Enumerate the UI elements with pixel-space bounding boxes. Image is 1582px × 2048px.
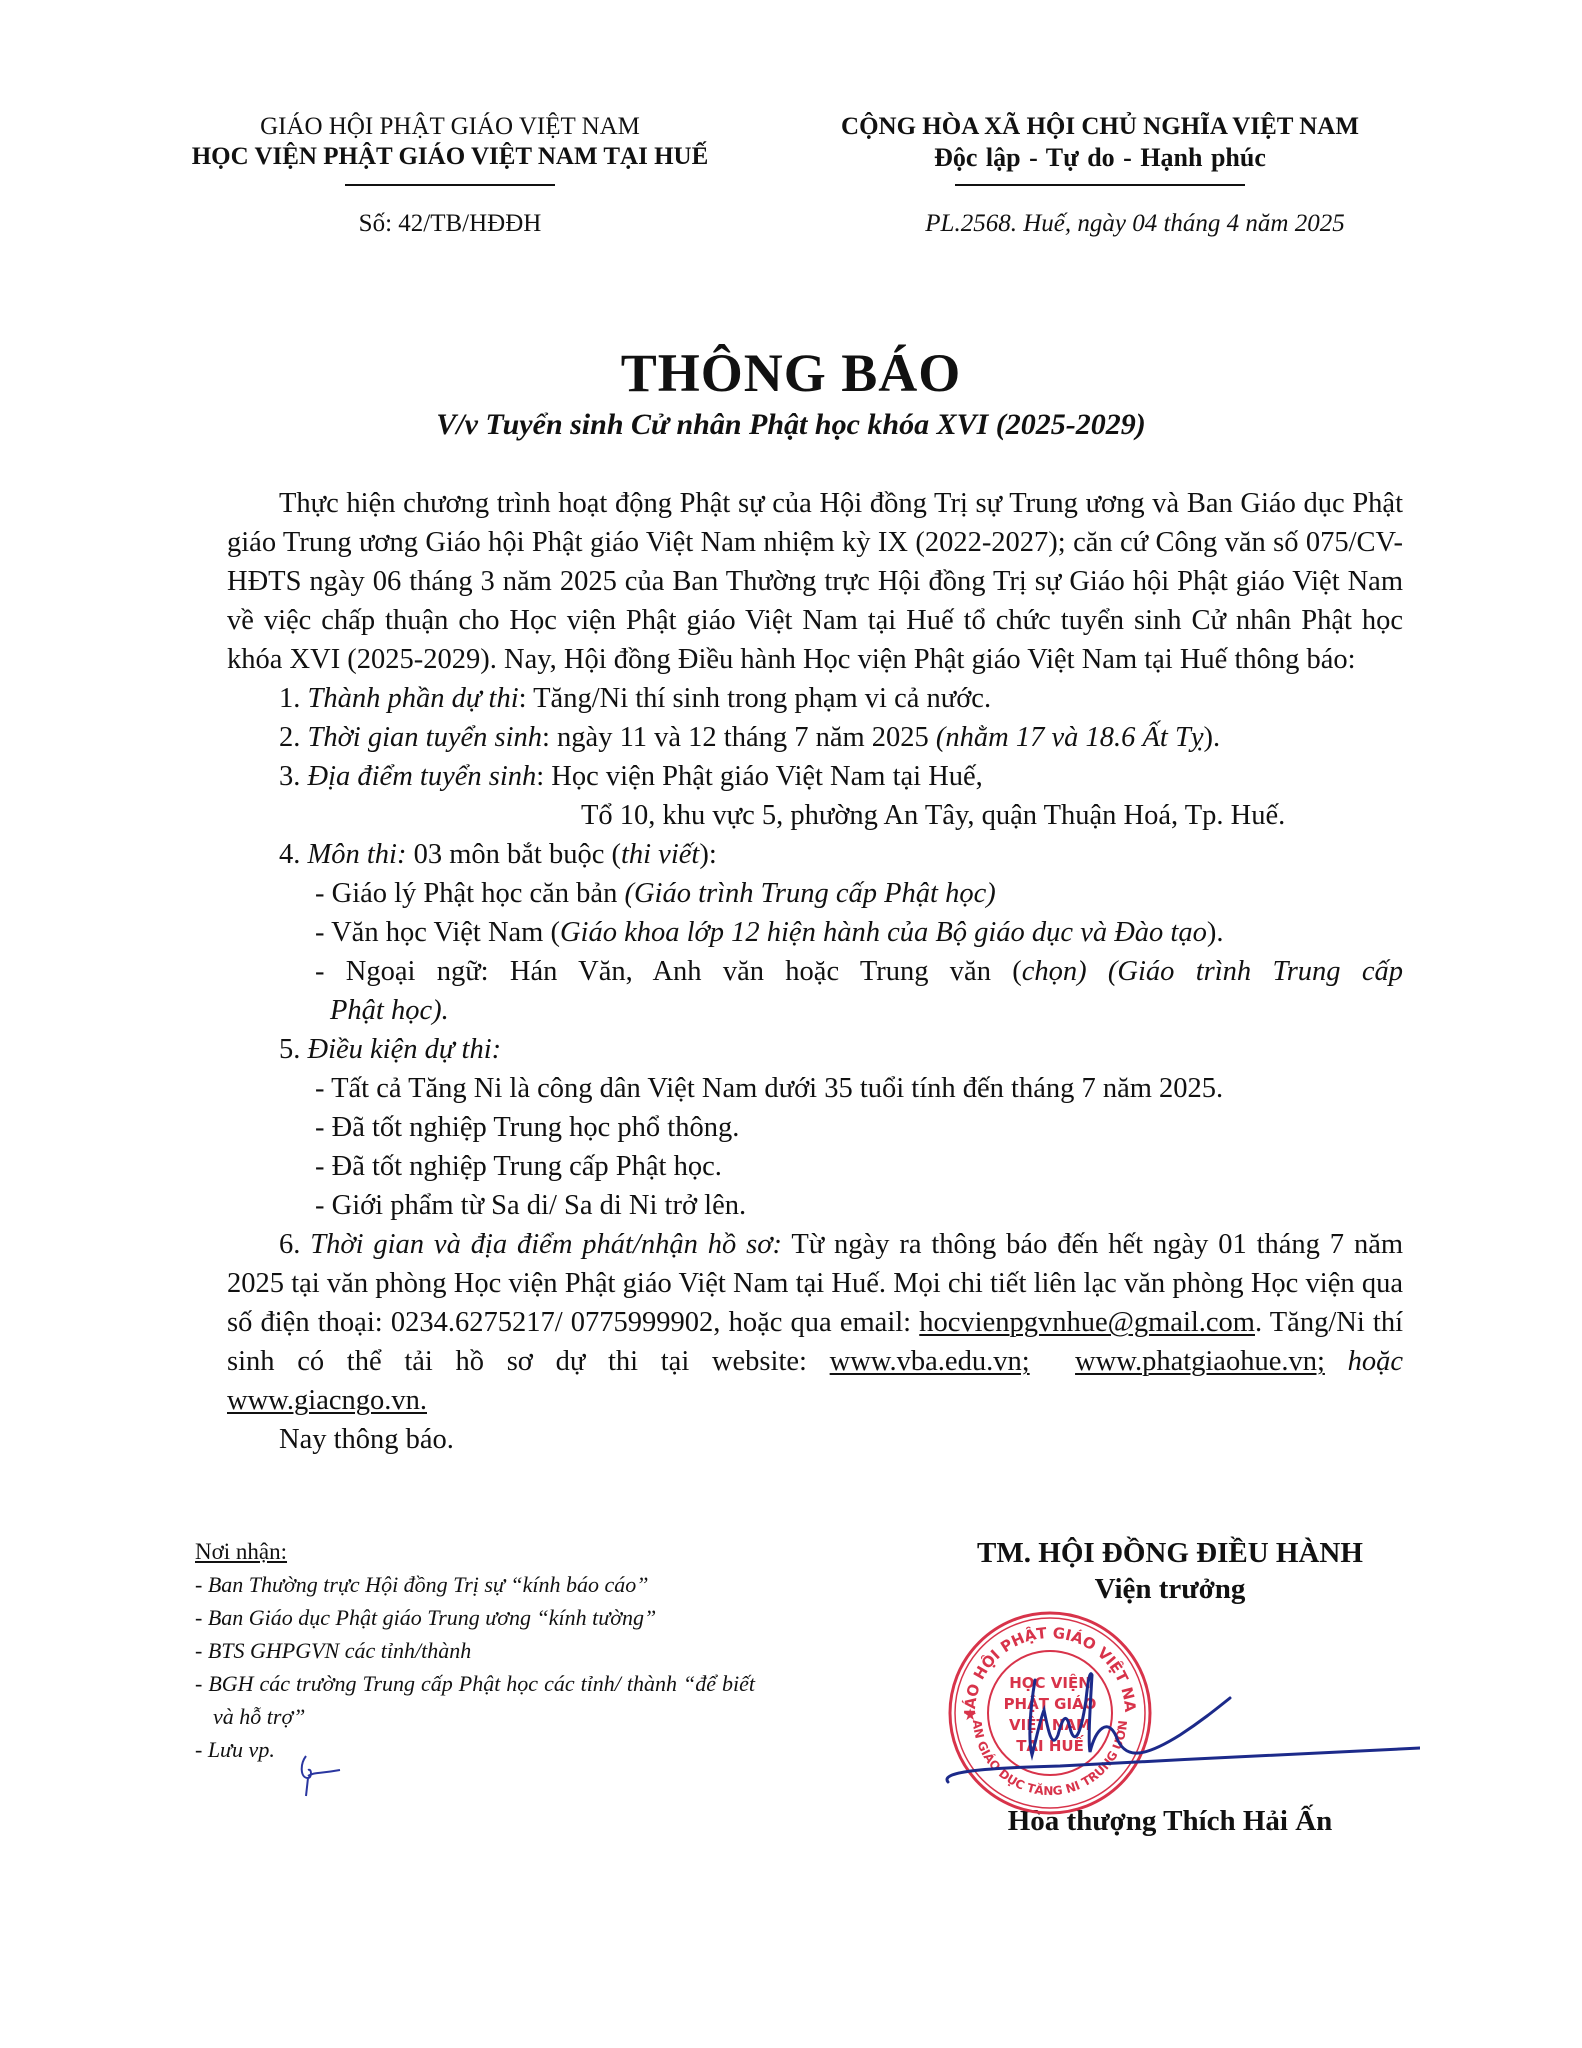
recipient-item: - BTS GHPGVN các tỉnh/thành xyxy=(195,1634,755,1667)
website-link-giacngo[interactable]: www.giacngo.vn. xyxy=(227,1385,427,1416)
item-label: Địa điểm tuyển sinh xyxy=(308,761,537,792)
recipients-heading: Nơi nhận: xyxy=(195,1535,755,1568)
subject-name: - Văn học Việt Nam ( xyxy=(315,917,560,948)
exam-format-note: thi viết xyxy=(621,839,699,870)
item-label: Thành phần dự thi xyxy=(308,683,519,714)
recipient-item: - Lưu vp. xyxy=(195,1733,755,1766)
document-title: THÔNG BÁO xyxy=(0,342,1582,404)
punctuation: ): xyxy=(699,839,716,870)
document-subtitle: V/v Tuyển sinh Cử nhân Phật học khóa XVI… xyxy=(0,408,1582,442)
divider xyxy=(955,184,1245,186)
national-header: CỘNG HÒA XÃ HỘI CHỦ NGHĨA VIỆT NAM Độc l… xyxy=(790,112,1410,238)
subject-name: - Ngoại ngữ: Hán Văn, Anh văn hoặc Trung… xyxy=(315,956,1022,987)
item-number: 2. xyxy=(279,722,308,753)
item-6: 6. Thời gian và địa điểm phát/nhận hồ sơ… xyxy=(227,1225,1403,1420)
subject-item: - Ngoại ngữ: Hán Văn, Anh văn hoặc Trung… xyxy=(227,952,1403,991)
divider xyxy=(345,184,555,186)
signer-on-behalf: TM. HỘI ĐỒNG ĐIỀU HÀNH xyxy=(930,1535,1410,1571)
place-date: PL.2568. Huế, ngày 04 tháng 4 năm 2025 xyxy=(790,210,1410,238)
website-link-vba[interactable]: www.vba.edu.vn; xyxy=(830,1346,1030,1377)
parent-organization: GIÁO HỘI PHẬT GIÁO VIỆT NAM xyxy=(150,112,750,142)
item-label: Điều kiện dự thi: xyxy=(308,1034,502,1065)
item-label: Môn thi: xyxy=(308,839,407,870)
item-3: 3. Địa điểm tuyển sinh: Học viện Phật gi… xyxy=(227,757,1403,796)
item-1: 1. Thành phần dự thi: Tăng/Ni thí sinh t… xyxy=(227,679,1403,718)
subject-item: - Giáo lý Phật học căn bản (Giáo trình T… xyxy=(227,874,1403,913)
subject-name: - Giáo lý Phật học căn bản xyxy=(315,878,624,909)
website-link-phatgiaohue[interactable]: www.phatgiaohue.vn; xyxy=(1075,1346,1325,1377)
intro-paragraph: Thực hiện chương trình hoạt động Phật sự… xyxy=(227,484,1403,679)
item-number: 4. xyxy=(279,839,308,870)
lunar-date-note: (nhằm 17 và 18.6 Ất Tỵ xyxy=(936,722,1204,753)
item-4: 4. Môn thi: 03 môn bắt buộc (thi viết): xyxy=(227,835,1403,874)
item-text: : Tăng/Ni thí sinh trong phạm vi cả nước… xyxy=(519,683,991,714)
recipient-item: - BGH các trường Trung cấp Phật học các … xyxy=(195,1667,755,1733)
condition-item: - Đã tốt nghiệp Trung học phổ thông. xyxy=(227,1108,1403,1147)
exam-address: Tổ 10, khu vực 5, phường An Tây, quận Th… xyxy=(227,796,1403,835)
conjunction: hoặc xyxy=(1325,1346,1403,1377)
signer-position: Viện trưởng xyxy=(930,1571,1410,1607)
item-number: 1. xyxy=(279,683,308,714)
handwritten-signature-icon xyxy=(940,1640,1420,1810)
punctuation: ). xyxy=(1203,722,1220,753)
subject-reference: chọn) (Giáo trình Trung cấp xyxy=(1022,956,1403,987)
item-number: 3. xyxy=(279,761,308,792)
item-label: Thời gian tuyển sinh xyxy=(308,722,543,753)
recipient-item: - Ban Thường trực Hội đồng Trị sự “kính … xyxy=(195,1568,755,1601)
subject-reference: Phật học). xyxy=(330,995,449,1026)
document-body: Thực hiện chương trình hoạt động Phật sự… xyxy=(227,484,1403,1459)
item-number: 6. xyxy=(279,1229,310,1260)
issuing-organization: HỌC VIỆN PHẬT GIÁO VIỆT NAM TẠI HUẾ xyxy=(150,142,750,172)
subject-reference: Giáo khoa lớp 12 hiện hành của Bộ giáo d… xyxy=(560,917,1207,948)
subject-continuation: Phật học). xyxy=(227,991,1403,1030)
initial-signature-icon xyxy=(296,1748,346,1798)
item-label: Thời gian và địa điểm phát/nhận hồ sơ: xyxy=(310,1229,782,1260)
issuer-block: GIÁO HỘI PHẬT GIÁO VIỆT NAM HỌC VIỆN PHẬ… xyxy=(150,112,750,238)
document-number: Số: 42/TB/HĐĐH xyxy=(150,210,750,238)
item-number: 5. xyxy=(279,1034,308,1065)
closing-line: Nay thông báo. xyxy=(227,1420,1403,1459)
item-text: 03 môn bắt buộc ( xyxy=(406,839,621,870)
item-text: : Học viện Phật giáo Việt Nam tại Huế, xyxy=(536,761,983,792)
punctuation: ). xyxy=(1207,917,1224,948)
recipients-block: Nơi nhận: - Ban Thường trực Hội đồng Trị… xyxy=(195,1535,755,1766)
subject-item: - Văn học Việt Nam (Giáo khoa lớp 12 hiệ… xyxy=(227,913,1403,952)
national-motto: Độc lập - Tự do - Hạnh phúc xyxy=(790,142,1410,174)
condition-item: - Đã tốt nghiệp Trung cấp Phật học. xyxy=(227,1147,1403,1186)
condition-item: - Tất cả Tăng Ni là công dân Việt Nam dư… xyxy=(227,1069,1403,1108)
nation-name: CỘNG HÒA XÃ HỘI CHỦ NGHĨA VIỆT NAM xyxy=(790,112,1410,142)
item-text: : ngày 11 và 12 tháng 7 năm 2025 xyxy=(542,722,936,753)
condition-item: - Giới phẩm từ Sa di/ Sa di Ni trở lên. xyxy=(227,1186,1403,1225)
recipient-item: - Ban Giáo dục Phật giáo Trung ương “kín… xyxy=(195,1601,755,1634)
item-5: 5. Điều kiện dự thi: xyxy=(227,1030,1403,1069)
subject-reference: (Giáo trình Trung cấp Phật học) xyxy=(624,878,995,909)
email-link[interactable]: hocvienpgvnhue@gmail.com xyxy=(919,1307,1255,1338)
item-2: 2. Thời gian tuyển sinh: ngày 11 và 12 t… xyxy=(227,718,1403,757)
